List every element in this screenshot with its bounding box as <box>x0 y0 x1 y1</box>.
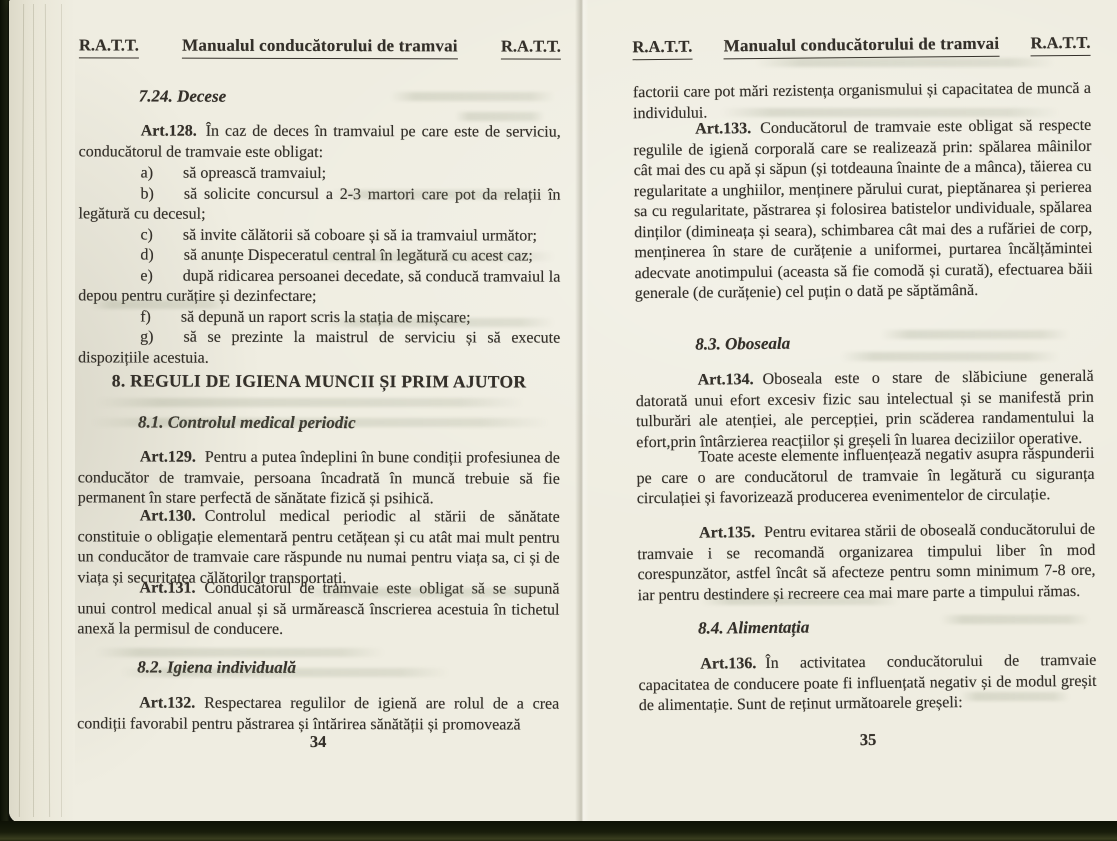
article-132-label: Art.132. <box>139 695 195 712</box>
paragraph-toate: Toate aceste elemente influențează negat… <box>636 444 1095 510</box>
article-135: Art.135.Pentru evitarea stării de obosea… <box>637 520 1096 606</box>
section-heading-82: 8.2. Igiena individuală <box>77 657 559 679</box>
brand-ratt-left: R.A.T.T. <box>632 37 692 60</box>
article-133: Art.133.Conducătorul de tramvaie este ob… <box>633 116 1093 305</box>
section-heading-81: 8.1. Controlul medical periodic <box>78 412 560 434</box>
left-page: R.A.T.T. Manualul conducătorului de tram… <box>77 29 561 790</box>
article-134-label: Art.134. <box>698 371 754 389</box>
page-number-34: 34 <box>77 731 559 753</box>
running-header-right: R.A.T.T. Manualul conducătorului de tram… <box>632 33 1090 60</box>
article-133-label: Art.133. <box>695 120 751 138</box>
running-header-left: R.A.T.T. Manualul conducătorului de tram… <box>79 35 561 59</box>
article-131: Art.131.Conducătorul de tramvaie este ob… <box>77 578 559 641</box>
page-edge-line <box>45 4 50 817</box>
book-scan: R.A.T.T. Manualul conducătorului de tram… <box>0 0 1117 841</box>
article-129: Art.129.Pentru a putea îndeplini în bune… <box>78 447 560 510</box>
brand-ratt-right: R.A.T.T. <box>1030 33 1090 56</box>
article-136: Art.136.În activitatea conducătorului de… <box>638 651 1097 717</box>
page-edge-stack <box>9 0 75 823</box>
brand-ratt-left: R.A.T.T. <box>79 35 139 58</box>
article-132: Art.132.Respectarea regulilor de igienă … <box>77 693 559 735</box>
article-133-text: Conducătorul de tramvaie este obligat să… <box>633 117 1092 302</box>
list-item-g: g)să se prezinte la maistrul de serviciu… <box>78 327 560 369</box>
list-item-f: f)să depună un raport scris la stația de… <box>78 307 560 329</box>
list-item-a: a)să oprească tramvaiul; <box>79 163 561 185</box>
section-heading-83: 8.3. Oboseala <box>635 331 1093 356</box>
chapter-8-heading: 8. REGULI DE IGIENA MUNCII ȘI PRIM AJUTO… <box>78 370 560 392</box>
article-128-label: Art.128. <box>141 123 197 140</box>
list-item-d: d)să anunțe Dispeceratul central în legă… <box>78 245 560 267</box>
article-130: Art.130.Controlul medical periodic al st… <box>78 506 560 589</box>
article-129-label: Art.129. <box>140 449 196 466</box>
list-item-b: b)să solicite concursul a 2-3 martori ca… <box>78 184 560 226</box>
list-item-e: e)după ridicarea persoanei decedate, să … <box>78 266 560 308</box>
book-cover-edge-bottom <box>0 821 1117 841</box>
section-heading-724: 7.24. Decese <box>79 86 561 108</box>
brand-ratt-right: R.A.T.T. <box>501 36 561 59</box>
manual-title: Manualul conducătorului de tramvai <box>182 36 458 59</box>
decese-list: a)să oprească tramvaiul; b)să solicite c… <box>78 163 561 369</box>
list-item-c: c)să invite călătorii să coboare și să i… <box>78 225 560 247</box>
page-edge-line <box>61 4 62 817</box>
book-gutter-shadow <box>575 0 589 823</box>
article-130-label: Art.130. <box>140 508 196 525</box>
right-page: R.A.T.T. Manualul conducătorului de tram… <box>632 23 1097 807</box>
article-136-label: Art.136. <box>700 655 756 673</box>
article-135-label: Art.135. <box>699 524 755 542</box>
page-edge-line <box>19 4 24 817</box>
page-edge-line <box>33 4 34 817</box>
article-134: Art.134.Oboseala este o stare de slăbici… <box>636 367 1095 453</box>
page-number-35: 35 <box>639 728 1097 753</box>
article-131-label: Art.131. <box>140 580 196 597</box>
section-heading-84: 8.4. Alimentația <box>638 615 1096 640</box>
manual-title: Manualul conducătorului de tramvai <box>724 34 1000 59</box>
article-128: Art.128.În caz de deces în tramvaiul pe … <box>79 121 561 163</box>
